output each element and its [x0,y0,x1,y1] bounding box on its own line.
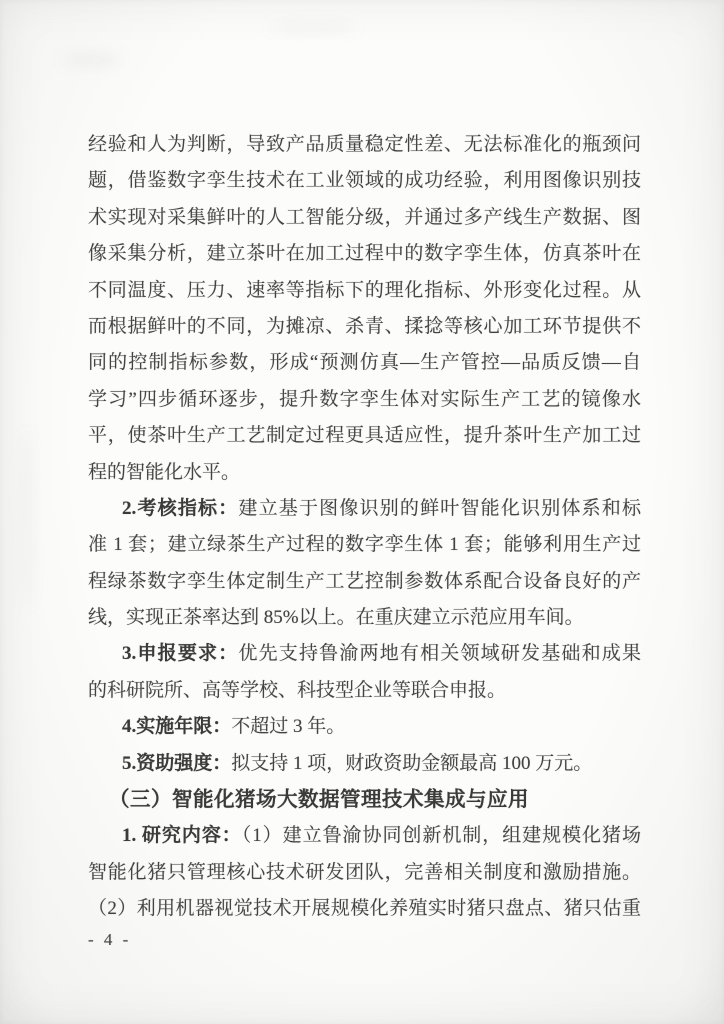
document-text: 经验和人为判断，导致产品质量稳定性差、无法标准化的瓶颈问题，借鉴数字孪生技术在工… [88,127,641,928]
text-line: 而根据鲜叶的不同，为摊凉、杀青、揉捻等核心加工环节提供不 [88,309,641,345]
text-run: 程绿茶数字孪生体定制生产工艺控制参数体系配合设备良好的产 [88,571,641,592]
text-run: 线，实现正茶率达到 85%以上。在重庆建立示范应用车间。 [88,607,584,628]
scan-artifact [20,430,34,610]
text-run: 优先支持鲁渝两地有相关领域研发基础和成果 [238,643,641,664]
text-line: 5.资助强度：拟支持 1 项，财政资助金额最高 100 万元。 [88,746,641,782]
bold-text-run: 3.申报要求： [122,643,238,664]
text-line: 同的控制指标参数，形成“预测仿真—生产管控—品质反馈—自 [88,345,641,381]
section-heading: （三）智能化猪场大数据管理技术集成与应用 [88,782,641,818]
text-line: 题，借鉴数字孪生技术在工业领域的成功经验，利用图像识别技 [88,163,641,199]
text-run: 程的智能化水平。 [88,462,240,483]
text-run: 而根据鲜叶的不同，为摊凉、杀青、揉捻等核心加工环节提供不 [88,316,641,337]
text-run: 经验和人为判断，导致产品质量稳定性差、无法标准化的瓶颈问 [88,134,641,155]
text-line: 4.实施年限：不超过 3 年。 [88,709,641,745]
text-line: 智能化猪只管理核心技术研发团队，完善相关制度和激励措施。 [88,855,641,891]
text-line: 准 1 套；建立绿茶生产过程的数字孪生体 1 套；能够利用生产过 [88,527,641,563]
scan-artifact [268,22,358,32]
text-run: （2）利用机器视觉技术开展规模化养殖实时猪只盘点、猪只估重 [88,898,641,919]
text-run: 建立基于图像识别的鲜叶智能化识别体系和标 [238,498,641,519]
text-line: 的科研院所、高等学校、科技型企业等联合申报。 [88,673,641,709]
text-run: 题，借鉴数字孪生技术在工业领域的成功经验，利用图像识别技 [88,170,641,191]
text-line: （2）利用机器视觉技术开展规模化养殖实时猪只盘点、猪只估重 [88,891,641,927]
text-run: 平，使茶叶生产工艺制定过程更具适应性，提升茶叶生产加工过 [88,425,641,446]
text-run: 学习”四步循环逐步，提升数字孪生体对实际生产工艺的镜像水 [88,389,641,410]
text-line: 经验和人为判断，导致产品质量稳定性差、无法标准化的瓶颈问 [88,127,641,163]
text-run: 像采集分析，建立茶叶在加工过程中的数字孪生体，仿真茶叶在 [88,243,641,264]
text-line: 2.考核指标：建立基于图像识别的鲜叶智能化识别体系和标 [88,491,641,527]
text-line: 术实现对采集鲜叶的人工智能分级，并通过多产线生产数据、图 [88,200,641,236]
text-run: （1）建立鲁渝协同创新机制，组建规模化猪场 [242,825,641,846]
text-line: 平，使茶叶生产工艺制定过程更具适应性，提升茶叶生产加工过 [88,418,641,454]
text-line: 程绿茶数字孪生体定制生产工艺控制参数体系配合设备良好的产 [88,564,641,600]
text-run: 同的控制指标参数，形成“预测仿真—生产管控—品质反馈—自 [88,352,641,373]
document-page: 经验和人为判断，导致产品质量稳定性差、无法标准化的瓶颈问题，借鉴数字孪生技术在工… [0,0,724,1024]
bold-text-run: 5.资助强度： [122,753,231,774]
text-run: 术实现对采集鲜叶的人工智能分级，并通过多产线生产数据、图 [88,207,641,228]
scan-artifact [62,52,122,68]
text-run: 不超过 3 年。 [231,716,345,737]
text-run: 的科研院所、高等学校、科技型企业等联合申报。 [88,680,506,701]
text-line: 学习”四步循环逐步，提升数字孪生体对实际生产工艺的镜像水 [88,382,641,418]
text-line: 线，实现正茶率达到 85%以上。在重庆建立示范应用车间。 [88,600,641,636]
text-run: 智能化猪只管理核心技术研发团队，完善相关制度和激励措施。 [88,862,641,883]
bold-text-run: 1. 研究内容： [122,825,242,846]
text-line: 程的智能化水平。 [88,455,641,491]
text-line: 3.申报要求：优先支持鲁渝两地有相关领域研发基础和成果 [88,636,641,672]
text-line: 像采集分析，建立茶叶在加工过程中的数字孪生体，仿真茶叶在 [88,236,641,272]
text-line: 不同温度、压力、速率等指标下的理化指标、外形变化过程。从 [88,273,641,309]
bold-text-run: （三）智能化猪场大数据管理技术集成与应用 [109,788,529,811]
bold-text-run: 4.实施年限： [122,716,231,737]
text-run: 准 1 套；建立绿茶生产过程的数字孪生体 1 套；能够利用生产过 [88,534,641,555]
page-number: - 4 - [88,928,131,952]
text-run: 拟支持 1 项，财政资助金额最高 100 万元。 [231,753,592,774]
bold-text-run: 2.考核指标： [122,498,238,519]
text-line: 1. 研究内容：（1）建立鲁渝协同创新机制，组建规模化猪场 [88,818,641,854]
text-run: 不同温度、压力、速率等指标下的理化指标、外形变化过程。从 [88,280,641,301]
